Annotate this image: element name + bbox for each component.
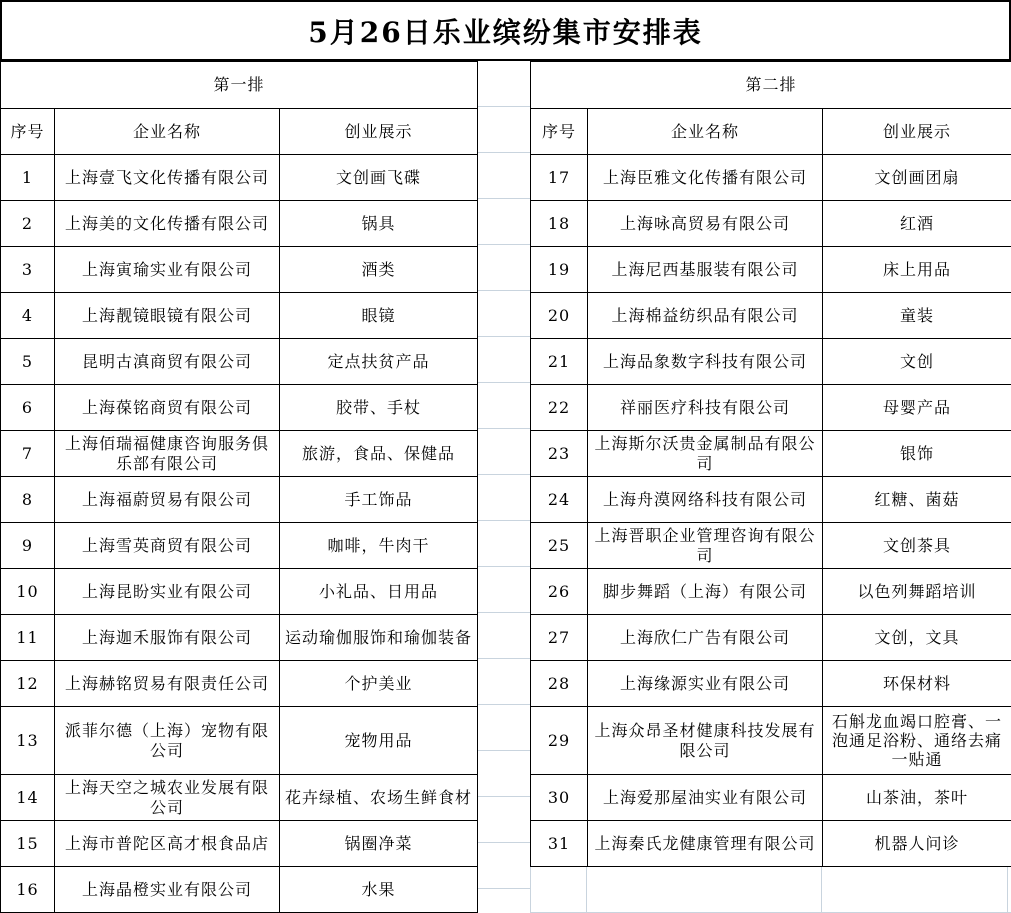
cell-display: 红酒 xyxy=(823,201,1011,247)
table-row: 6 上海葆铭商贸有限公司 胶带、手杖 xyxy=(1,385,478,431)
table-row-two-body: 17 上海臣雅文化传播有限公司 文创画团扇 18 上海咏高贸易有限公司 红酒 1… xyxy=(531,155,1011,867)
table-row: 11 上海迦禾服饰有限公司 运动瑜伽服饰和瑜伽装备 xyxy=(1,615,478,661)
spacer-column xyxy=(478,61,530,913)
group-header-row-two: 第二排 xyxy=(531,62,1011,109)
table-row-one-body: 1 上海壹飞文化传播有限公司 文创画飞碟 2 上海美的文化传播有限公司 锅具 3… xyxy=(1,155,478,913)
table-row: 28 上海缘源实业有限公司 环保材料 xyxy=(531,661,1011,707)
cell-display: 胶带、手杖 xyxy=(280,385,478,431)
cell-company-name: 派菲尔德（上海）宠物有限公司 xyxy=(55,707,280,775)
cell-company-name: 上海欣仁广告有限公司 xyxy=(588,615,823,661)
cell-company-name: 上海雪英商贸有限公司 xyxy=(55,523,280,569)
cell-serial-number: 1 xyxy=(1,155,55,201)
cell-serial-number: 12 xyxy=(1,661,55,707)
cell-display: 以色列舞蹈培训 xyxy=(823,569,1011,615)
cell-serial-number: 20 xyxy=(531,293,588,339)
cell-serial-number: 16 xyxy=(1,867,55,913)
table-row: 27 上海欣仁广告有限公司 文创，文具 xyxy=(531,615,1011,661)
cell-display: 床上用品 xyxy=(823,247,1011,293)
cell-company-name: 上海佰瑞福健康咨询服务俱乐部有限公司 xyxy=(55,431,280,477)
cell-company-name: 上海福蔚贸易有限公司 xyxy=(55,477,280,523)
cell-company-name: 上海壹飞文化传播有限公司 xyxy=(55,155,280,201)
cell-display: 个护美业 xyxy=(280,661,478,707)
cell-serial-number: 7 xyxy=(1,431,55,477)
cell-serial-number: 8 xyxy=(1,477,55,523)
right-column: 第二排 序号 企业名称 创业展示 17 上海臣雅文化传播有限公司 文创画团扇 1… xyxy=(530,61,1011,913)
cell-company-name: 上海棉益纺织品有限公司 xyxy=(588,293,823,339)
cell-company-name: 上海咏高贸易有限公司 xyxy=(588,201,823,247)
cell-serial-number: 19 xyxy=(531,247,588,293)
table-row-two: 第二排 序号 企业名称 创业展示 17 上海臣雅文化传播有限公司 文创画团扇 1… xyxy=(530,61,1011,867)
table-row: 31 上海秦氏龙健康管理有限公司 机器人问诊 xyxy=(531,821,1011,867)
cell-display: 酒类 xyxy=(280,247,478,293)
cell-serial-number: 6 xyxy=(1,385,55,431)
table-row: 15 上海市普陀区高才根食品店 锅圈净菜 xyxy=(1,821,478,867)
cell-company-name: 上海晶橙实业有限公司 xyxy=(55,867,280,913)
group-header-row: 第二排 xyxy=(531,62,1011,109)
cell-company-name: 上海葆铭商贸有限公司 xyxy=(55,385,280,431)
cell-serial-number: 21 xyxy=(531,339,588,385)
cell-company-name: 上海缘源实业有限公司 xyxy=(588,661,823,707)
column-header-serial: 序号 xyxy=(1,109,55,155)
table-row: 29 上海众昂圣材健康科技发展有限公司 石斛龙血竭口腔膏、一泡通足浴粉、通络去痛… xyxy=(531,707,1011,775)
table-row: 24 上海舟漠网络科技有限公司 红糖、菌菇 xyxy=(531,477,1011,523)
cell-serial-number: 10 xyxy=(1,569,55,615)
cell-serial-number: 3 xyxy=(1,247,55,293)
cell-serial-number: 14 xyxy=(1,775,55,821)
cell-display: 银饰 xyxy=(823,431,1011,477)
cell-company-name: 脚步舞蹈（上海）有限公司 xyxy=(588,569,823,615)
cell-company-name: 上海市普陀区高才根食品店 xyxy=(55,821,280,867)
cell-serial-number: 4 xyxy=(1,293,55,339)
table-row: 20 上海棉益纺织品有限公司 童装 xyxy=(531,293,1011,339)
column-header-company: 企业名称 xyxy=(588,109,823,155)
table-row: 23 上海斯尔沃贵金属制品有限公司 银饰 xyxy=(531,431,1011,477)
cell-company-name: 上海迦禾服饰有限公司 xyxy=(55,615,280,661)
table-row: 25 上海晋职企业管理咨询有限公司 文创茶具 xyxy=(531,523,1011,569)
page-title: 5月26日乐业缤纷集市安排表 xyxy=(0,0,1011,61)
cell-serial-number: 23 xyxy=(531,431,588,477)
cell-company-name: 上海斯尔沃贵金属制品有限公司 xyxy=(588,431,823,477)
cell-serial-number: 31 xyxy=(531,821,588,867)
cell-display: 定点扶贫产品 xyxy=(280,339,478,385)
table-row: 2 上海美的文化传播有限公司 锅具 xyxy=(1,201,478,247)
cell-serial-number: 24 xyxy=(531,477,588,523)
empty-cells xyxy=(530,867,1011,913)
cell-display: 红糖、菌菇 xyxy=(823,477,1011,523)
cell-company-name: 上海品象数字科技有限公司 xyxy=(588,339,823,385)
cell-serial-number: 25 xyxy=(531,523,588,569)
cell-display: 锅具 xyxy=(280,201,478,247)
cell-company-name: 上海爱那屋油实业有限公司 xyxy=(588,775,823,821)
column-header-row: 序号 企业名称 创业展示 xyxy=(531,109,1011,155)
column-header-display: 创业展示 xyxy=(823,109,1011,155)
cell-display: 文创 xyxy=(823,339,1011,385)
table-row: 26 脚步舞蹈（上海）有限公司 以色列舞蹈培训 xyxy=(531,569,1011,615)
cell-display: 运动瑜伽服饰和瑜伽装备 xyxy=(280,615,478,661)
cell-display: 文创画团扇 xyxy=(823,155,1011,201)
gridline xyxy=(586,867,587,912)
cell-serial-number: 2 xyxy=(1,201,55,247)
cell-display: 文创茶具 xyxy=(823,523,1011,569)
table-row: 13 派菲尔德（上海）宠物有限公司 宠物用品 xyxy=(1,707,478,775)
cell-company-name: 上海美的文化传播有限公司 xyxy=(55,201,280,247)
column-header-company: 企业名称 xyxy=(55,109,280,155)
cell-serial-number: 27 xyxy=(531,615,588,661)
cell-company-name: 上海晋职企业管理咨询有限公司 xyxy=(588,523,823,569)
cell-display: 水果 xyxy=(280,867,478,913)
cell-serial-number: 13 xyxy=(1,707,55,775)
table-row: 3 上海寅瑜实业有限公司 酒类 xyxy=(1,247,478,293)
cell-display: 文创画飞碟 xyxy=(280,155,478,201)
table-row: 17 上海臣雅文化传播有限公司 文创画团扇 xyxy=(531,155,1011,201)
table-row: 14 上海天空之城农业发展有限公司 花卉绿植、农场生鲜食材 xyxy=(1,775,478,821)
gridline xyxy=(821,867,822,912)
cell-serial-number: 15 xyxy=(1,821,55,867)
table-row: 16 上海晶橙实业有限公司 水果 xyxy=(1,867,478,913)
cell-company-name: 上海秦氏龙健康管理有限公司 xyxy=(588,821,823,867)
cell-display: 小礼品、日用品 xyxy=(280,569,478,615)
table-row-one: 第一排 序号 企业名称 创业展示 1 上海壹飞文化传播有限公司 文创画飞碟 2 … xyxy=(0,61,478,913)
cell-serial-number: 11 xyxy=(1,615,55,661)
gridline xyxy=(1007,867,1008,912)
cell-company-name: 上海众昂圣材健康科技发展有限公司 xyxy=(588,707,823,775)
cell-display: 旅游，食品、保健品 xyxy=(280,431,478,477)
table-row: 4 上海靓镜眼镜有限公司 眼镜 xyxy=(1,293,478,339)
column-header-row: 序号 企业名称 创业展示 xyxy=(1,109,478,155)
gridline xyxy=(530,867,531,912)
cell-company-name: 上海寅瑜实业有限公司 xyxy=(55,247,280,293)
group-header-row-one: 第一排 xyxy=(1,62,478,109)
cell-serial-number: 17 xyxy=(531,155,588,201)
cell-display: 山茶油，茶叶 xyxy=(823,775,1011,821)
cell-serial-number: 18 xyxy=(531,201,588,247)
cell-serial-number: 26 xyxy=(531,569,588,615)
table-row: 22 祥丽医疗科技有限公司 母婴产品 xyxy=(531,385,1011,431)
cell-serial-number: 28 xyxy=(531,661,588,707)
table-row: 19 上海尼西基服装有限公司 床上用品 xyxy=(531,247,1011,293)
column-header-serial: 序号 xyxy=(531,109,588,155)
cell-display: 文创，文具 xyxy=(823,615,1011,661)
market-schedule-sheet: 5月26日乐业缤纷集市安排表 第一排 序号 企业名称 创业展示 1 上海壹飞文 xyxy=(0,0,1011,913)
cell-display: 母婴产品 xyxy=(823,385,1011,431)
tables-container: 第一排 序号 企业名称 创业展示 1 上海壹飞文化传播有限公司 文创画飞碟 2 … xyxy=(0,61,1011,913)
cell-company-name: 上海天空之城农业发展有限公司 xyxy=(55,775,280,821)
cell-display: 石斛龙血竭口腔膏、一泡通足浴粉、通络去痛一贴通 xyxy=(823,707,1011,775)
cell-display: 咖啡，牛肉干 xyxy=(280,523,478,569)
table-row: 10 上海昆盼实业有限公司 小礼品、日用品 xyxy=(1,569,478,615)
cell-serial-number: 9 xyxy=(1,523,55,569)
cell-company-name: 昆明古滇商贸有限公司 xyxy=(55,339,280,385)
cell-company-name: 上海舟漠网络科技有限公司 xyxy=(588,477,823,523)
cell-company-name: 上海昆盼实业有限公司 xyxy=(55,569,280,615)
table-row: 18 上海咏高贸易有限公司 红酒 xyxy=(531,201,1011,247)
cell-company-name: 上海臣雅文化传播有限公司 xyxy=(588,155,823,201)
table-row: 30 上海爱那屋油实业有限公司 山茶油，茶叶 xyxy=(531,775,1011,821)
cell-display: 手工饰品 xyxy=(280,477,478,523)
cell-serial-number: 22 xyxy=(531,385,588,431)
cell-serial-number: 30 xyxy=(531,775,588,821)
cell-display: 宠物用品 xyxy=(280,707,478,775)
table-row: 8 上海福蔚贸易有限公司 手工饰品 xyxy=(1,477,478,523)
column-header-display: 创业展示 xyxy=(280,109,478,155)
cell-serial-number: 29 xyxy=(531,707,588,775)
cell-display: 花卉绿植、农场生鲜食材 xyxy=(280,775,478,821)
table-row: 1 上海壹飞文化传播有限公司 文创画飞碟 xyxy=(1,155,478,201)
group-header-row: 第一排 xyxy=(1,62,478,109)
cell-company-name: 上海赫铭贸易有限责任公司 xyxy=(55,661,280,707)
cell-display: 机器人问诊 xyxy=(823,821,1011,867)
cell-company-name: 上海靓镜眼镜有限公司 xyxy=(55,293,280,339)
table-row: 5 昆明古滇商贸有限公司 定点扶贫产品 xyxy=(1,339,478,385)
cell-company-name: 上海尼西基服装有限公司 xyxy=(588,247,823,293)
table-row: 12 上海赫铭贸易有限责任公司 个护美业 xyxy=(1,661,478,707)
table-row: 7 上海佰瑞福健康咨询服务俱乐部有限公司 旅游，食品、保健品 xyxy=(1,431,478,477)
cell-display: 眼镜 xyxy=(280,293,478,339)
cell-serial-number: 5 xyxy=(1,339,55,385)
cell-display: 童装 xyxy=(823,293,1011,339)
cell-display: 环保材料 xyxy=(823,661,1011,707)
table-row: 21 上海品象数字科技有限公司 文创 xyxy=(531,339,1011,385)
cell-company-name: 祥丽医疗科技有限公司 xyxy=(588,385,823,431)
cell-display: 锅圈净菜 xyxy=(280,821,478,867)
table-row: 9 上海雪英商贸有限公司 咖啡，牛肉干 xyxy=(1,523,478,569)
